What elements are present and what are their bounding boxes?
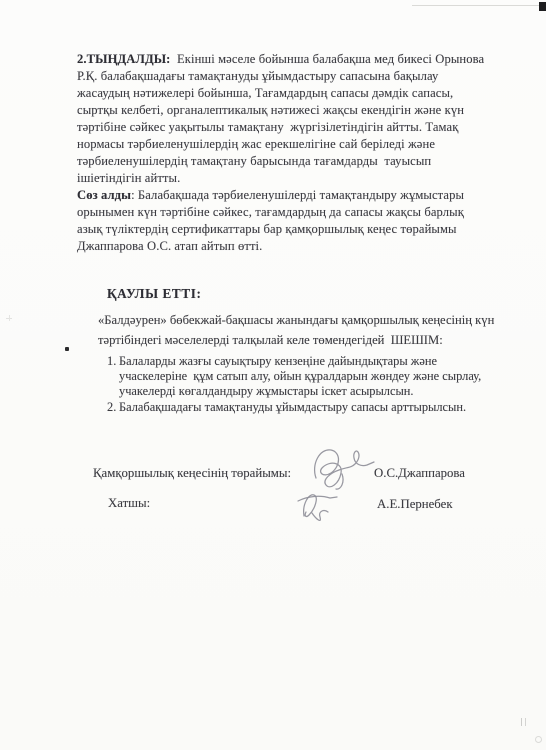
paragraph-heard: 2.ТЫҢДАЛДЫ: Екінші мәселе бойынша балаба… — [77, 51, 529, 187]
scan-artifact-corner-mark — [539, 2, 546, 11]
secretary-signature-label: Хатшы: — [108, 496, 150, 511]
document-page: 2.ТЫҢДАЛДЫ: Екінші мәселе бойынша балаба… — [0, 0, 546, 750]
scan-artifact-speck — [521, 718, 526, 726]
scan-artifact-speck — [535, 736, 542, 743]
decision-item-2: 2. Балабақшадағы тамақтануды ұйымдастыру… — [107, 400, 521, 415]
heard-label: 2.ТЫҢДАЛДЫ: — [77, 52, 170, 66]
secretary-signature-icon — [295, 488, 341, 526]
decision-text: Балаларды жазғы сауықтыру кензеңіне дайы… — [119, 354, 521, 399]
chair-signature-name: О.С.Джаппарова — [374, 466, 465, 481]
secretary-signature-name: А.Е.Пернебек — [377, 497, 453, 512]
spoke-label: Сөз алды — [77, 188, 131, 202]
decree-intro: «Балдәурен» бөбекжай-бақшасы жанындағы қ… — [98, 311, 524, 350]
chair-signature-icon — [308, 443, 376, 493]
scan-artifact-top-edge-line — [412, 5, 540, 6]
minutes-body: 2.ТЫҢДАЛДЫ: Екінші мәселе бойынша балаба… — [77, 51, 529, 255]
scan-artifact-ink-dot — [65, 347, 69, 351]
decision-number: 2. — [107, 400, 119, 415]
chair-signature-label: Қамқоршылық кеңесінің төрайымы: — [93, 466, 291, 481]
spoke-text: : Балабақшада тәрбиеленушілерді тамақтан… — [77, 188, 464, 253]
heard-text: Екінші мәселе бойынша балабақша мед бике… — [77, 52, 484, 185]
decision-text: Балабақшадағы тамақтануды ұйымдастыру са… — [119, 400, 521, 415]
decision-list: 1. Балаларды жазғы сауықтыру кензеңіне д… — [107, 354, 521, 416]
decree-heading: ҚАУЛЫ ЕТТІ: — [107, 286, 201, 302]
scan-artifact-speck — [6, 315, 12, 321]
paragraph-spoke: Сөз алды: Балабақшада тәрбиеленушілерді … — [77, 187, 529, 255]
decision-number: 1. — [107, 354, 119, 399]
decision-item-1: 1. Балаларды жазғы сауықтыру кензеңіне д… — [107, 354, 521, 399]
